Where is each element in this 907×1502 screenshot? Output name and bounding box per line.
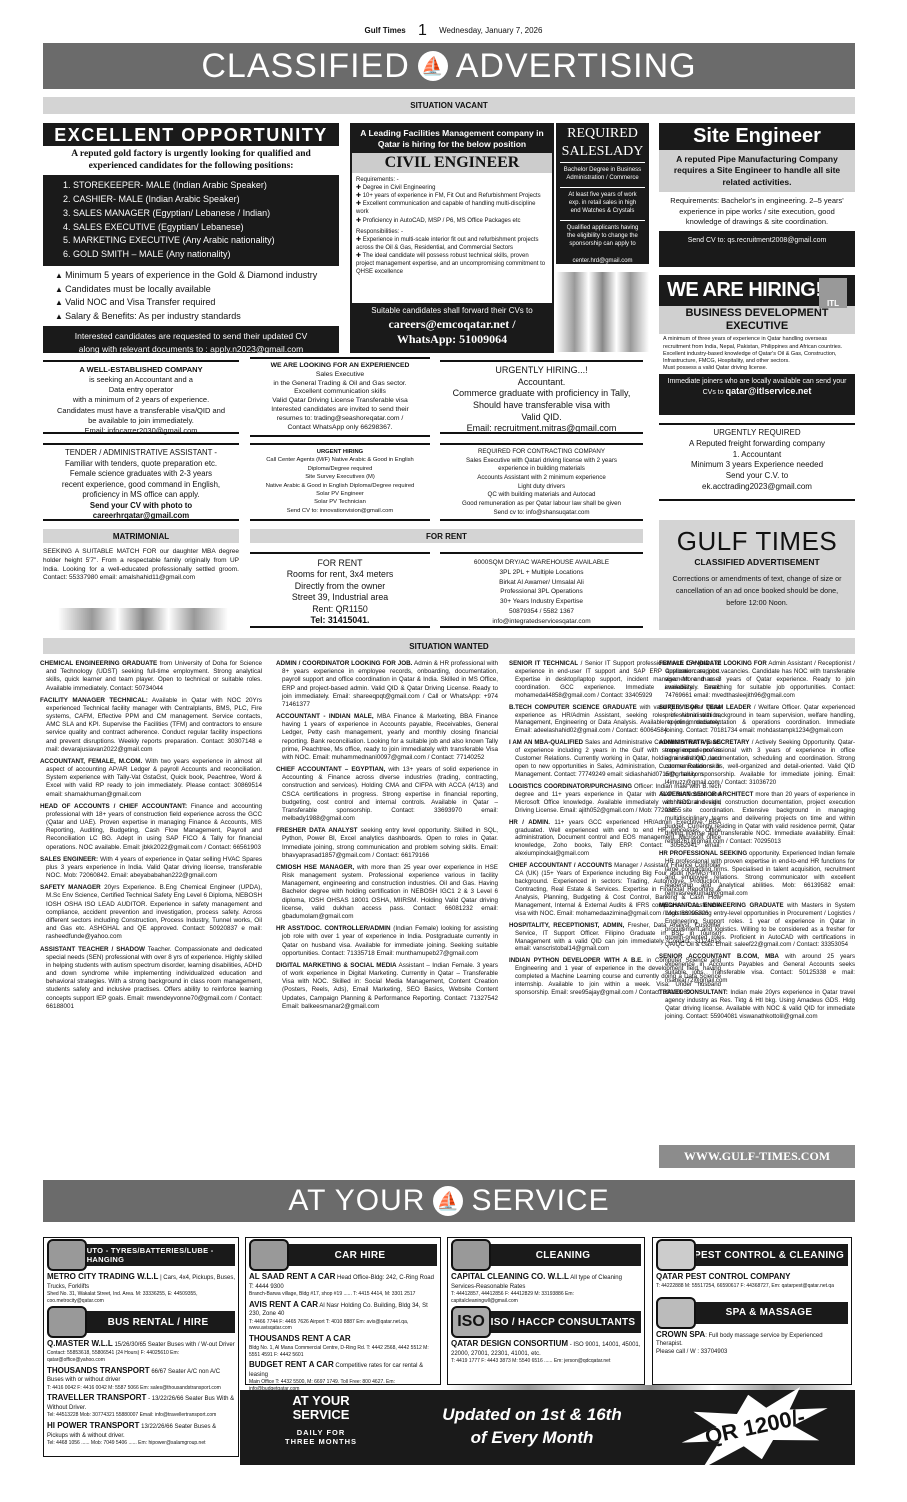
ad-line: Interested candidates are invited to sen…: [252, 406, 428, 415]
ad-footer: Interested candidates are requested to s…: [47, 330, 335, 342]
website-link[interactable]: WWW.GULF-TIMES.COM: [659, 1145, 855, 1168]
ad-title: TENDER / ADMINISTRATIVE ASSISTANT -: [45, 448, 237, 459]
promo-line: AT YOUR: [246, 1394, 396, 1408]
wanted-column-2: ADMIN / COORDINATOR LOOKING FOR JOB. Adm…: [276, 660, 498, 1015]
ad-line: Bachelor Degree in Business Administrati…: [560, 162, 645, 185]
ad-line: Birkat Al Awamer/ Umsalal Ali: [444, 578, 639, 588]
wanted-column-1: CHEMICAL ENGINEERING GRADUATE from Unive…: [40, 660, 262, 1015]
service-listing: METRO CITY TRADING W.L.L | Cars, 4x4, Pi…: [44, 1271, 238, 1305]
requirements-label: Requirements: -: [356, 176, 548, 184]
ad-line: Valid Qatar Driving License Transferable…: [252, 397, 428, 406]
requirement-item: Candidates must be locally available: [55, 283, 327, 297]
ad-line: Familiar with tenders, quote preparation…: [45, 459, 237, 470]
requirement-item: Excellent communication and capable of h…: [356, 200, 548, 216]
ad-line: be available to join immediately.: [45, 416, 237, 426]
matrimonial-ad: SEEKING A SUITABLE MATCH FOR our daughte…: [43, 548, 239, 583]
ad-point: Excellent industry-based knowledge of Qa…: [663, 351, 851, 365]
service-listing: HI POWER TRANSPORT 13/22/26/66 Seater Bu…: [44, 1420, 238, 1448]
ad-line: proficiency in MS office can apply.: [45, 490, 237, 501]
ad-line: A Reputed freight forwarding company: [661, 439, 853, 450]
ad-line: Qualified applicants having the eligibil…: [560, 220, 645, 251]
ad-line: Street 39, Industrial area: [254, 592, 426, 603]
service-listing: BUDGET RENT A CAR Competitive rates for …: [246, 1359, 440, 1393]
wanted-listing: CMIOSH HSE MANAGER, with more than 25 ye…: [276, 864, 498, 921]
ad-contact-email[interactable]: Send cv to: info@shansuqatar.com: [442, 509, 641, 518]
section-for-rent: FOR RENT: [250, 529, 643, 543]
wanted-listing: FEMALE CANDIDATE LOOKING FOR Admin Assis…: [659, 660, 855, 700]
category-label: PEST CONTROL & CLEANING: [690, 1244, 848, 1266]
ad-line: 1. Accountant: [661, 450, 853, 461]
pest-control-icon: [656, 1239, 696, 1271]
ad-title: SALESLADY: [556, 141, 649, 159]
ad-subtitle: A reputed gold factory is urgently looki…: [43, 146, 339, 175]
ad-contact-email[interactable]: qatar@itlservice.net: [726, 386, 812, 396]
service-listing: AVIS RENT A CAR Al Nasr Holding Co. Buil…: [246, 1299, 440, 1333]
ad-title: EXCELLENT OPPORTUNITY: [43, 123, 339, 146]
service-column-3: CLEANING CAPITAL CLEANING CO. W.L.L All …: [447, 1237, 645, 1385]
wanted-listing: CHIEF ACCOUNTANT – EGYPTIAN, with 13+ ye…: [276, 766, 498, 823]
ad-title: CIVIL ENGINEER: [352, 153, 552, 173]
ad-contact-email[interactable]: Email: infocarrer2030@gmail.com: [45, 426, 237, 436]
banner-right-text: SERVICE: [471, 1184, 609, 1218]
wanted-listing: HR ASST/DOC. CONTROLLER/ADMIN (Indian Fe…: [276, 925, 498, 958]
ad-line: Excellent communication skills: [252, 388, 428, 397]
ad-line: Solar PV Technician: [252, 498, 428, 506]
ad-line: Directly from the owner: [254, 581, 426, 592]
responsibility-item: Experience in multi-scale interior fit o…: [356, 236, 548, 252]
service-column-2: CAR HIRE AL SAAD RENT A CAR Head Office-…: [245, 1237, 441, 1385]
wanted-column-4: FEMALE CANDIDATE LOOKING FOR Admin Assis…: [659, 660, 855, 1025]
wanted-listing: FRESHER DATA ANALYST seeking entry level…: [276, 827, 498, 860]
service-listing: THOUSANDS TRANSPORT 66/67 Seater A/C non…: [44, 1365, 238, 1393]
banner-left-text: AT YOUR: [288, 1184, 425, 1218]
service-listing: Q.MASTER W.L.L 15/26/30/65 Seater Buses …: [44, 1338, 238, 1364]
page-number: 1: [418, 22, 427, 39]
category-label: AUTO - TYRES/BATTERIES/LUBE - CHANGING: [81, 1244, 235, 1266]
dhow-boat-icon: ⛵: [418, 51, 448, 81]
ad-tender-admin-assistant: TENDER / ADMINISTRATIVE ASSISTANT - Fami…: [43, 443, 239, 521]
service-category-iso: ISOISO / HACCP CONSULTANTS: [451, 1308, 641, 1336]
wanted-listing: ALGERIAN SENIOR ARCHITECT more than 20 y…: [659, 791, 855, 846]
wanted-listing: ACCOUNTANT, FEMALE, M.COM. With two year…: [40, 758, 262, 799]
ad-line: Send your C.V. to: [661, 471, 853, 482]
requirement-item: Degree in Civil Engineering: [356, 184, 548, 192]
ad-line: Commerce graduate with proficiency in Ta…: [442, 388, 641, 400]
banner-right-text: ADVERTISING: [456, 47, 697, 86]
ad-line: Minimum 3 years Experience needed: [661, 460, 853, 471]
paper-name: Gulf Times: [365, 26, 406, 35]
ad-line: Light duty drivers: [442, 483, 641, 492]
banner-left-text: CLASSIFIED: [201, 47, 409, 86]
ad-role: BUSINESS DEVELOPMENT EXECUTIVE: [659, 306, 855, 334]
ad-contact-email[interactable]: along with relevant documents to : apply…: [47, 343, 335, 355]
spa-icon: [656, 1297, 696, 1329]
ad-title: Site Engineer: [659, 123, 855, 150]
ad-contact-email[interactable]: resumes to: trading@seashoreqatar.com /: [252, 415, 428, 424]
section-situation-vacant: SITUATION VACANT: [43, 97, 855, 114]
ad-line: Sales Executive: [252, 371, 428, 380]
service-category-bus: BUS RENTAL / HIRE: [47, 1308, 235, 1336]
wanted-listing: MECHANICAL ENGINEERING GRADUATE with Mas…: [659, 902, 855, 950]
auto-parts-icon: [47, 1239, 87, 1271]
service-category-spa: SPA & MASSAGE: [656, 1299, 848, 1327]
category-label: CAR HIRE: [283, 1244, 437, 1266]
ad-we-are-hiring: WE ARE HIRING! ITL BUSINESS DEVELOPMENT …: [659, 275, 855, 415]
position-item: 2. CASHIER- MALE (Indian Arabic Speaker): [63, 193, 319, 207]
issue-date: Wednesday, January 7, 2026: [439, 26, 542, 35]
classified-banner: CLASSIFIED ⛵ ADVERTISING: [43, 43, 855, 89]
requirement-item: Proficiency in AutoCAD, MSP / P6, MS Off…: [356, 217, 548, 225]
ad-line: Female science graduates with 2-3 years: [45, 469, 237, 480]
responsibility-item: The ideal candidate will possess robust …: [356, 252, 548, 276]
iso-icon: ISO: [451, 1306, 491, 1338]
category-label: SPA & MASSAGE: [690, 1302, 848, 1324]
service-listing: AL SAAD RENT A CAR Head Office-Bldg: 242…: [246, 1271, 440, 1299]
service-category-car-hire: CAR HIRE: [249, 1241, 437, 1269]
category-label: BUS RENTAL / HIRE: [81, 1311, 235, 1333]
wanted-listing: SALES ENGINEER: With 4 years of experien…: [40, 856, 262, 881]
wanted-listing: DIGITAL MARKETING & SOCIAL MEDIA Assista…: [276, 962, 498, 1011]
car-icon: [249, 1239, 289, 1271]
requirement-item: Salary & Benefits: As per industry stand…: [55, 310, 327, 324]
service-listing: CAPITAL CLEANING CO. W.L.L All type of C…: [448, 1271, 644, 1305]
decorative-gradient: [58, 608, 228, 630]
ad-title: REQUIRED FOR CONTRACTING COMPANY: [442, 448, 641, 457]
ad-rooms-for-rent: FOR RENT Rooms for rent, 3x4 meters Dire…: [250, 552, 430, 628]
ad-line: is seeking an Accountant and a: [45, 375, 237, 385]
requirements-list: Minimum 5 years of experience in the Gol…: [43, 266, 339, 326]
ad-line: recent experience, good command in Engli…: [45, 480, 237, 491]
ad-line: 30+ Years Industry Expertise: [444, 597, 639, 607]
service-column-4: PEST CONTROL & CLEANING QATAR PEST CONTR…: [652, 1237, 852, 1385]
ad-line: QC with building materials and Autocad: [442, 491, 641, 500]
ad-title: WE ARE LOOKING FOR AN EXPERIENCED: [271, 362, 410, 369]
decorative-gradient: [556, 272, 649, 352]
ad-phone: Tel: 31415041.: [310, 615, 369, 625]
ad-title: URGENT HIRING: [317, 449, 363, 455]
ad-title: FOR RENT: [254, 558, 426, 569]
wanted-listing: ACCOUNTANT - INDIAN MALE, MBA Finance & …: [276, 713, 498, 762]
ad-footer: Suitable candidates shall forward their …: [355, 306, 549, 316]
wanted-listing: HEAD OF ACCOUNTS / CHIEF ACCOUNTANT: Fin…: [40, 803, 262, 852]
service-listing: CROWN SPA: Full body massage service by …: [653, 1329, 851, 1358]
wanted-listing: ASSISTANT TEACHER / SHADOW Teacher. Comp…: [40, 946, 262, 1011]
ad-point: A minimum of three years of experience i…: [663, 336, 851, 350]
notice-title: GULF TIMES: [659, 520, 855, 557]
notice-text: Corrections or amendments of text, chang…: [659, 567, 855, 616]
cleaning-icon: [451, 1239, 491, 1271]
wanted-listing: TRAVEL CONSULTANT: Indian male 20yrs exp…: [659, 989, 855, 1021]
wanted-listing: HR PROFESSIONAL SEEKING opportunity. Exp…: [659, 850, 855, 898]
position-item: 1. STOREKEEPER- MALE (Indian Arabic Spea…: [63, 179, 319, 193]
ad-line: Call Center Agents (M/F) Native Arabic &…: [252, 456, 428, 464]
ad-whatsapp: WhatsApp: 51009064: [355, 332, 549, 348]
ad-header: A Leading Facilities Management company …: [352, 125, 552, 153]
ad-description: A reputed Pipe Manufacturing Company req…: [659, 150, 855, 192]
ad-line: Good remuneration as per Qatar labour la…: [442, 500, 641, 509]
ad-line: Data entry operator: [45, 385, 237, 395]
ad-urgently-required-freight: URGENTLY REQUIRED A Reputed freight forw…: [659, 423, 855, 501]
wanted-listing: CHEMICAL ENGINEERING GRADUATE from Unive…: [40, 660, 262, 693]
ad-line: Valid QID.: [442, 412, 641, 424]
requirement-item: 10+ years of experience in FM, Fit Out a…: [356, 192, 548, 200]
requirement-item: Minimum 5 years of experience in the Gol…: [55, 269, 327, 283]
ad-well-established-company: A WELL-ESTABLISHED COMPANY is seeking an…: [43, 360, 239, 434]
ad-civil-engineer: A Leading Facilities Management company …: [350, 123, 554, 353]
ad-contact-email[interactable]: careerhrqatar@gmail.com: [45, 511, 237, 522]
notice-subtitle: CLASSIFIED ADVERTISEMENT: [659, 557, 855, 567]
ad-line: Send your CV with photo to: [45, 501, 237, 512]
wanted-listing: SAFETY MANAGER 20yrs Experience. B.Eng C…: [40, 884, 262, 941]
ad-line: in the General Trading & Oil and Gas sec…: [252, 380, 428, 389]
ad-contact-email[interactable]: careers@emcoqatar.net /: [355, 317, 549, 333]
category-label: CLEANING: [485, 1244, 641, 1266]
ad-required-saleslady: REQUIRED SALESLADY Bachelor Degree in Bu…: [556, 123, 649, 264]
promo-updated: Updated on 1st & 16th: [422, 1404, 642, 1427]
wanted-listing: FACILITY MANAGER TECHNICAL: Available in…: [40, 697, 262, 754]
position-item: 5. MARKETING EXECUTIVE (Any Arabic natio…: [63, 234, 319, 248]
bus-icon: [47, 1306, 87, 1338]
ad-contact-email[interactable]: ek.acctrading2023@gmail.com: [661, 482, 853, 493]
ad-requirements: Requirements: Bachelor's in engineering.…: [659, 192, 855, 230]
ad-warehouse: 6000SQM DRY/AC WAREHOUSE AVAILABLE 3PL 2…: [440, 552, 643, 628]
ad-line: Diploma/Degree required: [252, 465, 428, 473]
gulf-times-notice: GULF TIMES CLASSIFIED ADVERTISEMENT Corr…: [659, 520, 855, 630]
ad-contact-email[interactable]: Email: recruitment.mitras@gmail.com: [442, 423, 641, 435]
price-starburst: QR 1200/-: [675, 1379, 835, 1475]
ad-line: experience in building materials: [442, 465, 641, 474]
ad-title: URGENTLY HIRING...!: [442, 365, 641, 377]
promo-line: THREE MONTHS: [246, 1437, 396, 1446]
position-item: 4. SALES EXECUTIVE (Egyptian/ Lebanese): [63, 221, 319, 235]
ad-line: Contact WhatsApp only 66298367.: [252, 424, 428, 433]
ad-line: At least five years of work exp. in reta…: [560, 187, 645, 218]
ad-line: Rent: QR1150: [254, 604, 426, 615]
ad-contracting-company: REQUIRED FOR CONTRACTING COMPANY Sales E…: [440, 443, 643, 521]
service-listing: QATAR DESIGN CONSORTIUM - ISO 9001, 1400…: [448, 1338, 644, 1366]
promo-line: DAILY FOR: [246, 1428, 396, 1437]
ad-line: Accounts Assistant with 2 minimum experi…: [442, 474, 641, 483]
position-item: 3. SALES MANAGER (Egyptian/ Lebanese / I…: [63, 207, 319, 221]
wanted-listing: ADMINISTRATIVE SECRETARY / Actively Seek…: [659, 739, 855, 787]
ad-line: 3PL 2PL + Multiple Locations: [444, 568, 639, 578]
section-matrimonial: MATRIMONIAL: [43, 529, 239, 543]
ad-title: A WELL-ESTABLISHED COMPANY: [79, 365, 202, 374]
ad-urgently-hiring-accountant: URGENTLY HIRING...! Accountant. Commerce…: [440, 360, 643, 434]
ad-line: 50879354 / 5582 1367: [444, 607, 639, 617]
ad-line: Rooms for rent, 3x4 meters: [254, 569, 426, 580]
ad-title: URGENTLY REQUIRED: [661, 428, 853, 439]
ad-contact-email[interactable]: center.hrd@gmail.com: [560, 254, 645, 268]
ad-line: Solar PV Engineer: [252, 490, 428, 498]
ad-line: Sales Executive with Qatari driving lice…: [442, 457, 641, 466]
itl-logo-icon: ITL: [819, 278, 847, 308]
ad-line: Should have transferable visa with: [442, 400, 641, 412]
service-column-1: AUTO - TYRES/BATTERIES/LUBE - CHANGING M…: [43, 1237, 239, 1457]
service-listing: TRAVELLER TRANSPORT - 13/22/26/66 Seater…: [44, 1392, 238, 1420]
ad-line: Professional 3PL Operations: [444, 587, 639, 597]
masthead: Gulf Times 1 Wednesday, January 7, 2026: [0, 22, 907, 40]
service-listing: THOUSANDS RENT A CARBldg No. 1, Al Mana …: [246, 1333, 440, 1359]
promo-banner: AT YOUR SERVICE DAILY FOR THREE MONTHS U…: [240, 1390, 855, 1465]
responsibilities-label: Responsibilities: -: [356, 228, 548, 236]
promo-line: SERVICE: [246, 1408, 396, 1422]
ad-site-engineer: Site Engineer A reputed Pipe Manufacturi…: [659, 123, 855, 267]
dhow-boat-icon: ⛵: [433, 1186, 463, 1216]
ad-contact-email[interactable]: Send CV to: qs.recruitment2008@gmail.com: [659, 231, 855, 250]
wanted-listing: SENIOR ACCOUNTANT B.COM, MBA with around…: [659, 953, 855, 985]
ad-line: with a minimum of 2 years of experience.: [45, 395, 237, 405]
promo-updated: of Every Month: [422, 1427, 642, 1450]
ad-contact-email[interactable]: info@integratedservicesqatar.com: [444, 617, 639, 627]
ad-sales-executive: WE ARE LOOKING FOR AN EXPERIENCED Sales …: [250, 357, 430, 437]
wanted-listing: SUPERVISOR / TEAM LEADER / Welfare Offic…: [659, 704, 855, 736]
section-situation-wanted: SITUATION WANTED: [43, 638, 855, 654]
ad-contact-email[interactable]: Send CV to: innovationvision@gmail.com: [252, 507, 428, 515]
at-your-service-banner: AT YOUR ⛵ SERVICE: [43, 1180, 855, 1222]
ad-point: Must possess a valid Qatar driving licen…: [663, 365, 851, 372]
ad-line: Accountant.: [442, 377, 641, 389]
service-category-cleaning: CLEANING: [451, 1241, 641, 1269]
ad-title: REQUIRED: [556, 123, 649, 141]
wanted-listing: ADMIN / COORDINATOR LOOKING FOR JOB. Adm…: [276, 660, 498, 709]
service-category-pest-control: PEST CONTROL & CLEANING: [656, 1241, 848, 1269]
ad-line: Candidates must have a transferable visa…: [45, 406, 237, 416]
service-listing: QATAR PEST CONTROL COMPANYT: 44222888 M:…: [653, 1271, 851, 1291]
ad-title: 6000SQM DRY/AC WAREHOUSE AVAILABLE: [444, 558, 639, 568]
ad-excellent-opportunity: EXCELLENT OPPORTUNITY A reputed gold fac…: [43, 123, 339, 353]
requirement-item: Valid NOC and Visa Transfer required: [55, 296, 327, 310]
position-item: 6. GOLD SMITH – MALE (Any nationality): [63, 248, 319, 262]
category-label: ISO / HACCP CONSULTANTS: [485, 1311, 641, 1333]
service-category-auto: AUTO - TYRES/BATTERIES/LUBE - CHANGING: [47, 1241, 235, 1269]
ad-line: Native Arabic & Good in English Diploma/…: [252, 482, 428, 490]
ad-urgent-hiring: URGENT HIRING Call Center Agents (M/F) N…: [250, 443, 430, 521]
ad-line: Site Survey Executives (M): [252, 473, 428, 481]
